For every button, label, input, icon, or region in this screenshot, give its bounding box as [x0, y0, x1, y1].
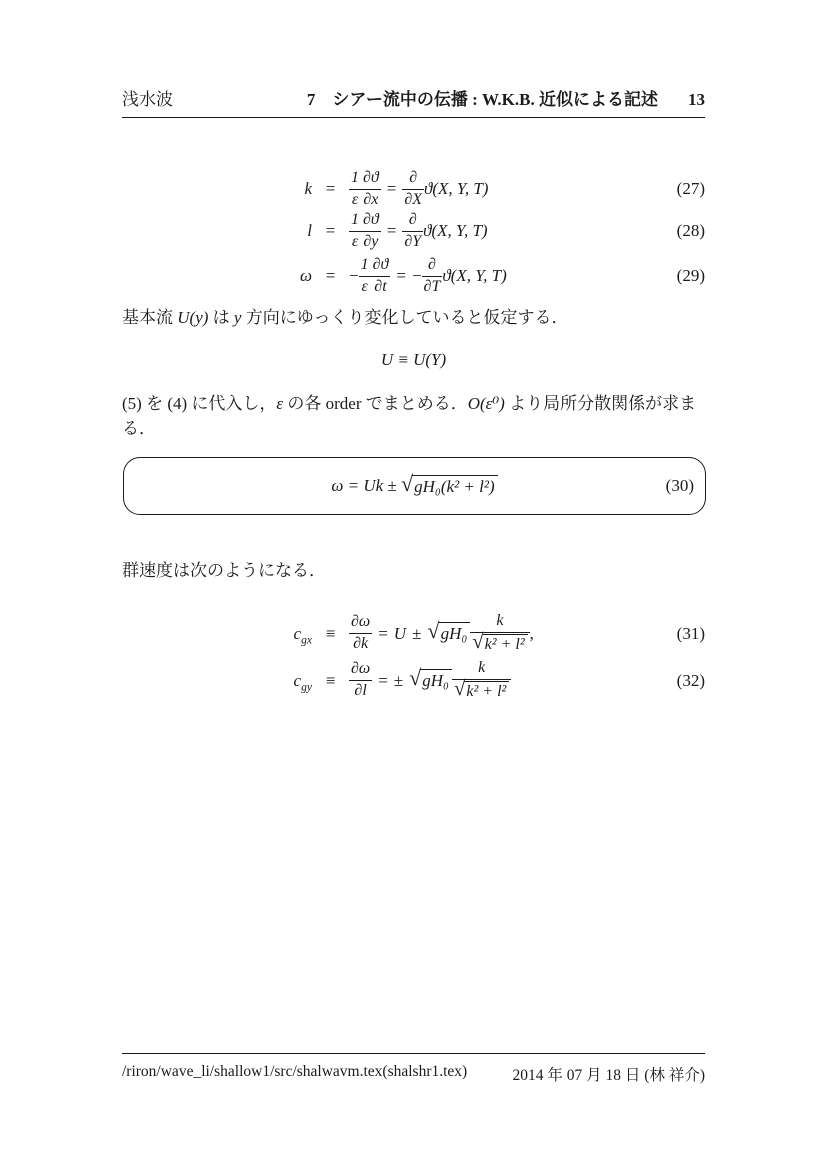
header-section-title: 7 シアー流中の伝播 : W.K.B. 近似による記述: [307, 85, 658, 110]
eq27-lhs: k: [122, 179, 312, 199]
paragraph-basic-flow: 基本流 U(y) は y 方向にゆっくり変化していると仮定する．: [122, 306, 712, 331]
radical-sign: √: [409, 667, 421, 689]
eq32-den-sqrt: √k² + l²: [454, 681, 509, 702]
eq28-relation: =: [312, 221, 349, 241]
eq32-den-radicand: k² + l²: [464, 681, 509, 702]
eq27-frac1-num: 1: [349, 169, 361, 189]
eq32-sqrt-radicand: gH₀: [420, 669, 452, 691]
eq29-lhs: ω: [122, 266, 312, 286]
eq31-lhs-base: c: [294, 624, 302, 643]
eq32-number: (32): [677, 671, 705, 691]
header-page-number: 13: [688, 90, 705, 110]
eq30-sqrt: √gH₀(k² + l²): [401, 475, 498, 497]
eq27-frac2-num: ∂ϑ: [361, 169, 381, 189]
eq29-frac1-den: ε: [359, 276, 371, 297]
eq27-relation: =: [312, 179, 349, 199]
equation-27: k = 1ε ∂ϑ∂x = ∂∂X ϑ(X, Y, T) (27): [122, 168, 705, 210]
eq32-equals: =: [378, 671, 388, 691]
eq32-frac1-den: ∂l: [349, 680, 372, 701]
eq31-U: U: [394, 624, 406, 644]
page-footer: /riron/wave_li/shallow1/src/shalwavm.tex…: [122, 1053, 705, 1085]
display-equation-U: U ≡ U(Y): [122, 350, 705, 370]
display-u-body: U ≡ U(Y): [381, 350, 446, 369]
eq32-body: ∂ω∂l = ± √gH₀ k√k² + l²: [349, 659, 677, 703]
eq31-plus-minus: ±: [412, 624, 421, 644]
eq27-frac3-den: ∂X: [402, 189, 424, 210]
eq31-sqrt-radicand: gH₀: [439, 622, 471, 644]
eq32-frac-2: k√k² + l²: [452, 659, 511, 703]
eq31-number: (31): [677, 624, 705, 644]
header-doc-title: 浅水波: [122, 85, 173, 110]
eq32-lhs: cgy: [122, 671, 312, 691]
eq30-lhs: ω = Uk ±: [331, 476, 396, 496]
equation-28: l = 1ε ∂ϑ∂y = ∂∂Y ϑ(X, Y, T) (28): [122, 210, 705, 252]
eq32-lhs-base: c: [294, 671, 302, 690]
document-page: 浅水波 7 シアー流中の伝播 : W.K.B. 近似による記述 13 k = 1…: [0, 0, 826, 1169]
eq29-frac-1: 1ε: [359, 256, 371, 297]
eq31-frac2-den: √k² + l²: [470, 632, 529, 656]
radical-sign: √: [472, 631, 483, 652]
eq28-frac2-num: ∂ϑ: [361, 211, 381, 231]
eq29-frac-2: ∂ϑ∂t: [371, 256, 391, 297]
eq30-number: (30): [666, 458, 694, 514]
eq27-frac3-num: ∂: [402, 169, 424, 189]
eq28-body: 1ε ∂ϑ∂y = ∂∂Y ϑ(X, Y, T): [349, 211, 677, 252]
eq29-frac3-den: ∂T: [422, 276, 443, 297]
eq32-frac1-num: ∂ω: [349, 660, 372, 680]
eq31-body: ∂ω∂k = U ± √gH₀ k√k² + l² ,: [349, 612, 677, 656]
eq29-relation: =: [312, 266, 349, 286]
eq30-body: ω = Uk ± √gH₀(k² + l²): [124, 458, 705, 514]
eq28-frac1-num: 1: [349, 211, 361, 231]
para3-text: 群速度は次のようになる．: [122, 561, 326, 580]
eq31-den-radicand: k² + l²: [483, 634, 528, 655]
equation-31: cgx ≡ ∂ω∂k = U ± √gH₀ k√k² + l² , (31): [122, 610, 705, 657]
eq28-frac1-den: ε: [349, 231, 361, 252]
equation-29: ω = − 1ε ∂ϑ∂t = − ∂∂T ϑ(X, Y, T) (29): [122, 252, 705, 300]
eq31-equals: =: [378, 624, 388, 644]
eq28-frac-3: ∂∂Y: [402, 211, 423, 252]
radical-sign: √: [401, 473, 413, 495]
eq27-rhs: ϑ(X, Y, T): [424, 179, 488, 199]
para2-text-1: (5) を (4) に代入し，: [122, 394, 276, 413]
eq29-frac3-num: ∂: [422, 256, 443, 276]
equation-32: cgy ≡ ∂ω∂l = ± √gH₀ k√k² + l² (32): [122, 657, 705, 704]
footer-file-path: /riron/wave_li/shallow1/src/shalwavm.tex…: [122, 1063, 467, 1085]
eq32-frac2-den: √k² + l²: [452, 679, 511, 703]
eq32-sqrt-gH0: √gH₀: [409, 669, 452, 691]
para1-text-2: は: [208, 308, 234, 327]
radical-sign: √: [454, 678, 465, 699]
eq28-rhs: ϑ(X, Y, T): [423, 221, 487, 241]
equation-group-31-32: cgx ≡ ∂ω∂k = U ± √gH₀ k√k² + l² , (31) c…: [122, 610, 705, 704]
dispersion-relation-box: ω = Uk ± √gH₀(k² + l²) (30): [123, 457, 706, 515]
eq29-frac2-den: ∂t: [371, 276, 391, 297]
eq29-minus-2: −: [412, 266, 422, 286]
eq27-frac-2: ∂ϑ∂x: [361, 169, 381, 210]
eq29-body: − 1ε ∂ϑ∂t = − ∂∂T ϑ(X, Y, T): [349, 256, 677, 297]
para1-text-3: 方向にゆっくり変化していると仮定する．: [241, 308, 568, 327]
eq27-frac-1: 1ε: [349, 169, 361, 210]
eq29-frac1-num: 1: [359, 256, 371, 276]
eq31-lhs: cgx: [122, 624, 312, 644]
page-header: 浅水波 7 シアー流中の伝播 : W.K.B. 近似による記述 13: [122, 85, 705, 118]
eq28-equals: =: [387, 221, 397, 241]
eq31-den-sqrt: √k² + l²: [472, 634, 527, 655]
eq32-relation: ≡: [312, 671, 349, 691]
eq27-number: (27): [677, 179, 705, 199]
para1-text-1: 基本流: [122, 308, 177, 327]
eq29-minus-1: −: [349, 266, 359, 286]
eq27-frac2-den: ∂x: [361, 189, 381, 210]
radical-sign: √: [427, 620, 439, 642]
eq30-radicand: gH₀(k² + l²): [412, 475, 497, 497]
eq28-frac-1: 1ε: [349, 211, 361, 252]
eq31-relation: ≡: [312, 624, 349, 644]
eq31-lhs-subscript: gx: [301, 633, 312, 646]
eq29-equals: =: [396, 266, 406, 286]
eq27-body: 1ε ∂ϑ∂x = ∂∂X ϑ(X, Y, T): [349, 169, 677, 210]
eq31-frac-1: ∂ω∂k: [349, 613, 372, 654]
eq28-frac3-num: ∂: [402, 211, 423, 231]
eq28-lhs: l: [122, 221, 312, 241]
eq28-number: (28): [677, 221, 705, 241]
eq27-frac1-den: ε: [349, 189, 361, 210]
eq32-plus-minus: ±: [394, 671, 403, 691]
eq27-equals: =: [387, 179, 397, 199]
eq29-frac-3: ∂∂T: [422, 256, 443, 297]
eq28-frac3-den: ∂Y: [402, 231, 423, 252]
paragraph-substitution: (5) を (4) に代入し，ε の各 order でまとめる．O(ε⁰) より…: [122, 392, 712, 441]
eq28-frac2-den: ∂y: [361, 231, 381, 252]
eq29-rhs: ϑ(X, Y, T): [442, 266, 506, 286]
eq32-lhs-subscript: gy: [301, 680, 312, 693]
eq29-number: (29): [677, 266, 705, 286]
footer-date-author: 2014 年 07 月 18 日 (林 祥介): [513, 1063, 705, 1085]
eq27-frac-3: ∂∂X: [402, 169, 424, 210]
para2-math-order: O(ε⁰): [468, 394, 505, 413]
para2-text-2: の各 order でまとめる．: [283, 394, 468, 413]
eq29-frac2-num: ∂ϑ: [371, 256, 391, 276]
eq28-frac-2: ∂ϑ∂y: [361, 211, 381, 252]
eq31-frac-2: k√k² + l²: [470, 612, 529, 656]
eq31-frac1-num: ∂ω: [349, 613, 372, 633]
eq31-comma: ,: [530, 624, 534, 644]
para1-math-Uy: U(y): [177, 308, 208, 327]
eq31-frac1-den: ∂k: [349, 633, 372, 654]
paragraph-group-velocity: 群速度は次のようになる．: [122, 559, 712, 584]
eq31-sqrt-gH0: √gH₀: [427, 622, 470, 644]
equation-group-27-29: k = 1ε ∂ϑ∂x = ∂∂X ϑ(X, Y, T) (27) l = 1ε…: [122, 168, 705, 300]
eq32-frac-1: ∂ω∂l: [349, 660, 372, 701]
